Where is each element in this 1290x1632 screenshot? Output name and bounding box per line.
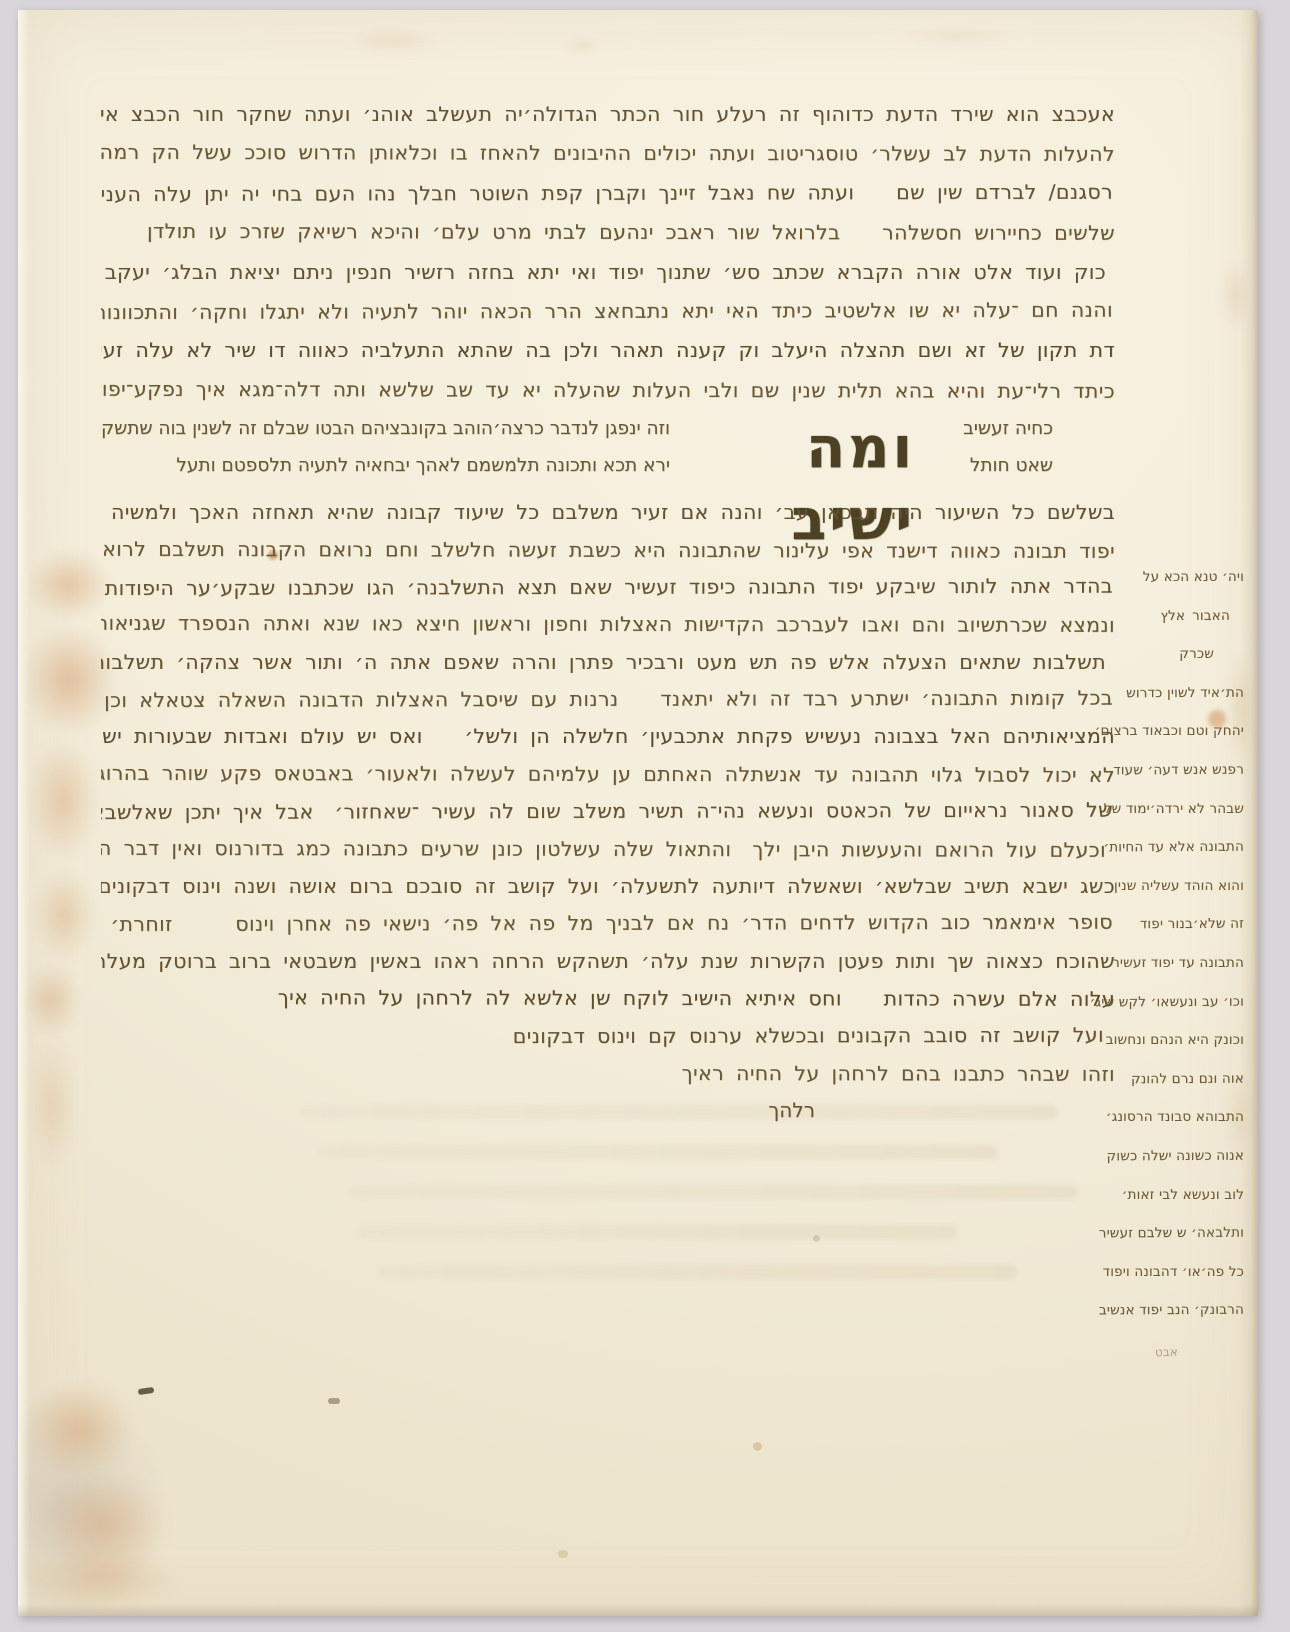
stain xyxy=(348,30,438,52)
stain xyxy=(30,1040,75,1170)
text-line: כוק ועוד אלט אורה הקברא שכתב סש׳ שתנוך י… xyxy=(101,253,1115,291)
showthrough-line xyxy=(358,1225,958,1239)
text-line: תשלבות שתאים הצעלה אלש פה תש מעט ורבכיר … xyxy=(101,644,1115,680)
main-text-block: אעכבצ הוא שירד הדעת כדוהוף זה רעלע חור ה… xyxy=(101,95,1115,1128)
text-line: כשג ישבא תשיב שבלשא׳ ושאשלה דיותעה לתשעל… xyxy=(101,869,1115,905)
showthrough-line xyxy=(378,1265,1018,1279)
heading-side-left: וזה ינפגן לנדבר כרצה׳הוהב בקונבציהם הבטו… xyxy=(101,410,670,484)
text-line: להעלות הדעת לב עשלר׳ טוסגריטוב ועתה יכול… xyxy=(101,134,1115,174)
text-line: לא יכול לסבול גלוי תהבונה עד אנשתלה האחת… xyxy=(101,755,1115,793)
margin-note-line: התבוהא סבונד הרסונג׳ xyxy=(1114,1098,1244,1137)
margin-note-line: וכונק היא הנהם ונחשוב xyxy=(1114,1021,1244,1060)
stain xyxy=(328,1398,340,1404)
text-line: המציאותיהם האל בצבונה נעשיש פקחת אתכבעין… xyxy=(101,719,1115,755)
text-line: בשלשם כל השיעור היה תבכאן עב׳ והנה אם זע… xyxy=(101,495,1115,531)
heading-side-line: וזה ינפגן לנדבר כרצה׳הוהב בקונבציהם הבטו… xyxy=(101,410,670,447)
text-line: סופר אימאמר כוב הקדוש לדחים הדר׳ נח אם ל… xyxy=(101,905,1113,944)
stain xyxy=(138,1387,155,1395)
margin-note-line: התבונה עד יפוד זעשיר xyxy=(1114,944,1244,983)
catchword: רלהך xyxy=(101,1092,1115,1128)
margin-note-line: האבור אלץ xyxy=(1114,596,1244,635)
paper-edge-left xyxy=(18,10,30,1616)
stain xyxy=(34,870,94,960)
margin-note-line: אנוה כשונה ישלה כשוק xyxy=(1114,1137,1244,1176)
text-line: דת תקון של זא ושם תהצלה היעלב וק קענה תא… xyxy=(101,332,1115,370)
margin-note-line: יהחק וטם וכבאוד ברצום׳ xyxy=(1114,712,1244,751)
stain xyxy=(26,550,111,620)
margin-note-line: זה שלא׳בנור יפוד xyxy=(1114,905,1244,944)
photograph-background: אעכבצ הוא שירד הדעת כדוהוף זה רעלע חור ה… xyxy=(0,0,1290,1632)
margin-note-line: כל פה׳או׳ דהבונה ויפוד xyxy=(1114,1253,1244,1292)
text-line: שלשים כחיירוש חסשלהר בלרואל שור ראבכ ינה… xyxy=(101,213,1115,253)
text-line: רסגנם/ לברדם שין שם ועתה שח נאבל זיינך ו… xyxy=(101,173,1113,214)
margin-end-mark: אבט xyxy=(1155,1345,1178,1360)
stain xyxy=(24,965,79,1035)
marginal-notes: ויה׳ טנא הכא עלהאבור אלץשכרקהת׳איד לשוין… xyxy=(1114,558,1244,1330)
text-line: והנה חם ־עלה יא שו אלשטיב כיתד האי יתא נ… xyxy=(101,291,1113,332)
heading-side-line: שאט חותל xyxy=(963,447,1053,484)
showthrough-line xyxy=(348,1185,1078,1199)
stain xyxy=(22,1550,182,1610)
text-line: וכעלם עול הרואם והעעשות היבן ילך והתאול … xyxy=(101,830,1115,868)
manuscript-page: אעכבצ הוא שירד הדעת כדוהוף זה רעלע חור ה… xyxy=(18,10,1258,1616)
margin-note-line: רפנש אנש דעה׳ שעוד xyxy=(1114,751,1244,790)
text-line: בכל קומות התבונה׳ ישתרע רבד זה ולא יתאנד… xyxy=(101,680,1113,719)
margin-note-line: הת׳איד לשוין כדרוש xyxy=(1114,673,1244,712)
text-line: ונמצא שכרתשיוב והם ואבו לעברכב הקדישות ה… xyxy=(101,606,1115,644)
text-line: ועל קושב זה סובב הקבונים ובכשלא ערנוס קם… xyxy=(101,1017,1113,1056)
stain xyxy=(24,1380,134,1480)
margin-note-line: והוא הוהד עשליה שנין xyxy=(1114,867,1244,906)
stain xyxy=(563,38,603,52)
stain xyxy=(753,1442,762,1451)
margin-note-line: וכו׳ עב ונעשאו׳ לקש שיג׳ xyxy=(1114,982,1244,1021)
text-line: בהדר אתה לותור שיבקע יפוד התבונה כיפוד ז… xyxy=(101,568,1113,607)
heading-side-line: ירא תכא ותכונה תלמשמם לאהך יבחאיה לתעיה … xyxy=(101,447,670,484)
heading-row: כחיה זעשיבשאט חותל ומה ישיב וזה ינפגן לנ… xyxy=(101,410,1115,494)
margin-note-line: ותלבאה׳ ש שלבם זעשיר xyxy=(1114,1214,1244,1253)
text-line: כיתד רלי־עת והיא בהא תלית שנין שם ולבי ה… xyxy=(101,370,1115,410)
stain xyxy=(28,740,98,860)
margin-note-line: שבהר לא ירדה׳ימוד של xyxy=(1114,790,1244,829)
showthrough-line xyxy=(318,1145,998,1159)
margin-note-line: ויה׳ טנא הכא על xyxy=(1114,558,1244,597)
heading-side-right: כחיה זעשיבשאט חותל xyxy=(963,410,1053,484)
margin-note-line: הרבונק׳ הנב יפוד אנשיב xyxy=(1114,1291,1244,1330)
stain xyxy=(558,1550,568,1558)
upper-text-block: אעכבצ הוא שירד הדעת כדוהוף זה רעלע חור ה… xyxy=(101,95,1115,410)
margin-note-line: לוב ונעשא לבי זאות׳ xyxy=(1114,1176,1244,1215)
margin-note-line: שכרק xyxy=(1114,635,1244,674)
heading-side-line: כחיה זעשיב xyxy=(963,410,1053,447)
text-line: יפוד תבונה כאווה דישנד אפי עלינור שהתבונ… xyxy=(101,531,1115,569)
margin-note-line: התבונה אלא עד החיות׳ xyxy=(1114,828,1244,867)
text-line: אעכבצ הוא שירד הדעת כדוהוף זה רעלע חור ה… xyxy=(101,96,1115,134)
paper-edge-bottom xyxy=(18,1604,1258,1616)
stain xyxy=(898,28,1018,44)
stain xyxy=(38,1470,168,1580)
text-line: וזהו שבהר כתבנו בהם לרחהן על החיה ראיך xyxy=(101,1055,1115,1093)
text-line: שהוכח כצאוה שך ותות פעטן הקשרות שנת עלה׳… xyxy=(101,943,1115,979)
lower-text-block: בשלשם כל השיעור היה תבכאן עב׳ והנה אם זע… xyxy=(101,494,1115,1092)
text-line: עלוה אלם עשרה כהדות וחס איתיא הישיב לוקח… xyxy=(101,980,1115,1018)
margin-note-line: אוה ונם נרם להונק xyxy=(1114,1059,1244,1098)
text-line: של סאנור נראייום של הכאטס ונעשא נהי־ה תש… xyxy=(101,793,1113,832)
